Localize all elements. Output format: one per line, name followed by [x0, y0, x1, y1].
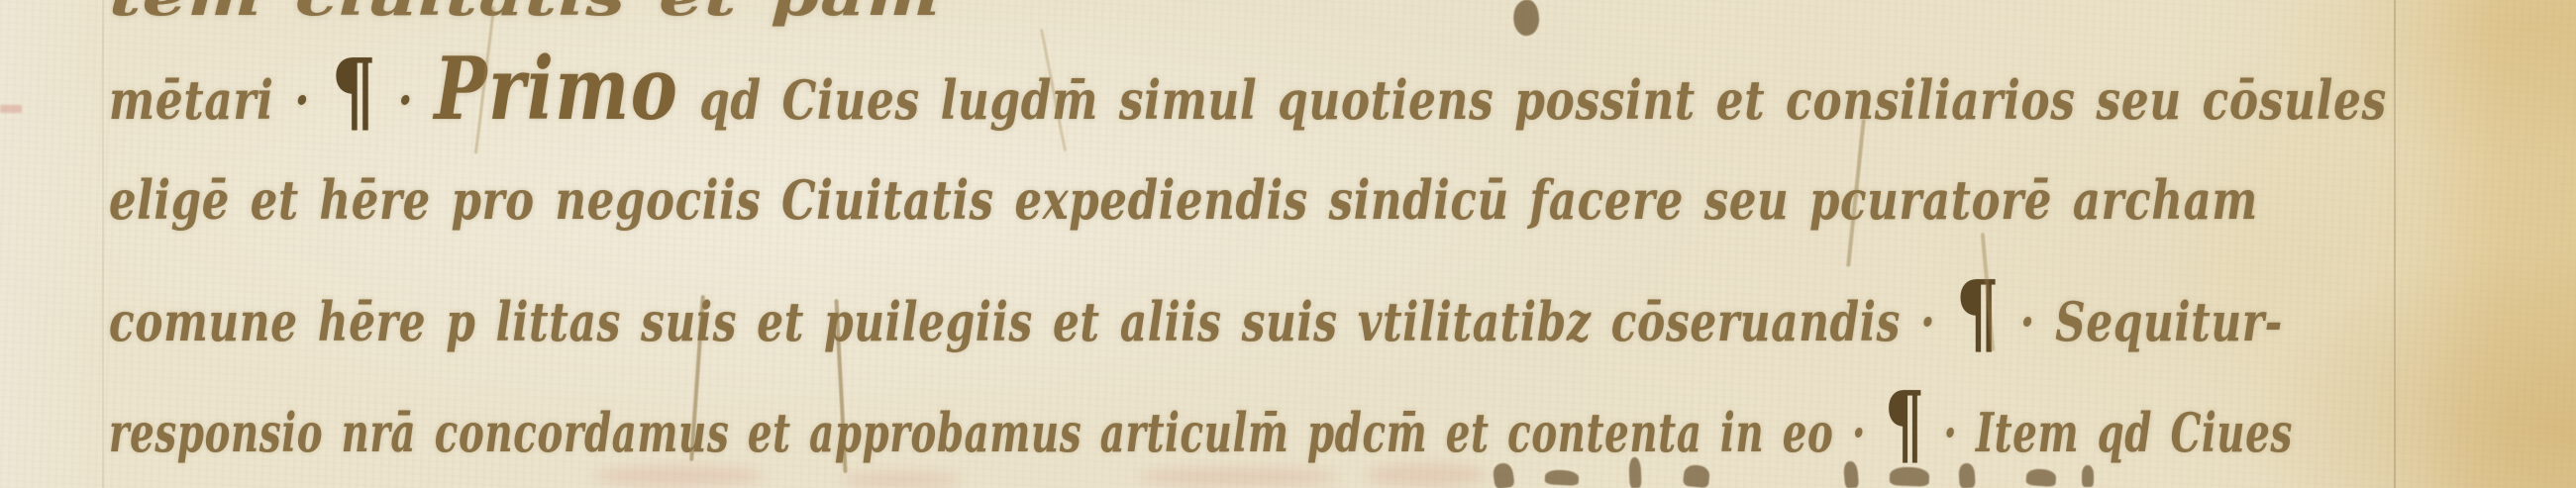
- line4-text: responsio nrā concordamus et approbamus …: [109, 401, 1866, 464]
- previous-line-partial: tem ciuitatis et pam: [109, 0, 980, 33]
- line4-tail: · Item qd Ciues: [1943, 401, 2293, 464]
- pilcrow-mark: ¶: [1885, 372, 1925, 476]
- punctus: ·: [398, 68, 414, 132]
- line1-text: qd Ciues lugdm̄ simul quotiens possint e…: [699, 68, 2387, 132]
- ruled-margin-line-left: [102, 0, 104, 488]
- faded-red-mark: [0, 105, 22, 113]
- cut-off-next-line-stroke: [1958, 463, 1975, 488]
- line3-tail: · Sequitur-: [2020, 290, 2283, 353]
- cut-off-next-line-stroke: [1545, 469, 1580, 486]
- cut-off-next-line-stroke: [1683, 464, 1710, 488]
- text-row-1: mētari · ¶ · Primo qd Ciues lugdm̄ simul…: [109, 34, 2576, 145]
- text-line-1: mētari · ¶ · Primo qd Ciues lugdm̄ simul…: [109, 34, 2387, 155]
- punctus: ·: [294, 68, 310, 132]
- text-row-3: comune hēre p littas suis et puilegiis e…: [109, 255, 2576, 366]
- parchment-page: tem ciuitatis et pam mētari · ¶ · Primo …: [0, 0, 2576, 488]
- cut-off-next-line-stroke: [2025, 468, 2056, 487]
- catchword-metari: mētari: [109, 68, 274, 132]
- text-line-2: eligē et hēre pro negociis Ciuitatis exp…: [109, 145, 2258, 255]
- pilcrow-mark: ¶: [331, 40, 377, 144]
- pilcrow-mark: ¶: [1956, 261, 2001, 365]
- text-row-4: responsio nrā concordamus et approbamus …: [109, 366, 2576, 477]
- cut-off-next-line-stroke: [2082, 465, 2094, 487]
- text-line-3: comune hēre p littas suis et puilegiis e…: [109, 255, 2283, 377]
- line3-text: comune hēre p littas suis et puilegiis e…: [109, 290, 1936, 353]
- text-row-2: eligē et hēre pro negociis Ciuitatis exp…: [109, 145, 2576, 255]
- primo-initial-word: Primo: [434, 38, 678, 140]
- ink-blot: [1510, 0, 1542, 38]
- cut-off-next-line-stroke: [1890, 466, 1930, 486]
- cut-off-next-line-stroke: [1628, 457, 1641, 488]
- previous-line-text: tem ciuitatis et pam: [109, 0, 941, 33]
